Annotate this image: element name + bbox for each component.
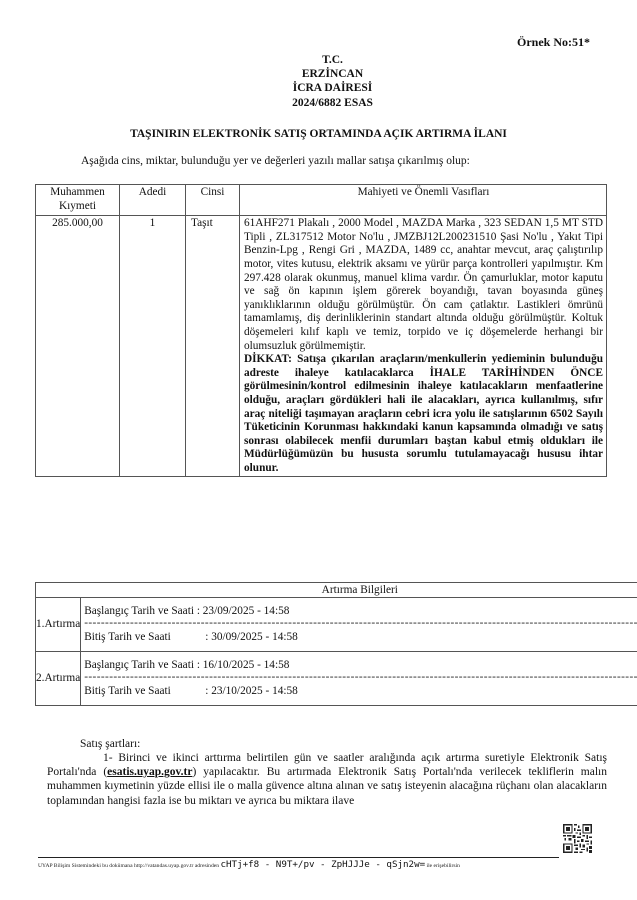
separator-line: ----------------------------------------… xyxy=(84,672,637,684)
terms-title: Satış şartları: xyxy=(80,738,140,752)
auction-info-title: Artırma Bilgileri xyxy=(36,583,637,598)
header-type: Cinsi xyxy=(186,185,240,216)
header-case-number: 2024/6882 ESAS xyxy=(28,96,637,110)
auction-round: 2.Artırma Başlangıç Tarih ve Saati : 16/… xyxy=(36,652,637,706)
auction-end: Bitiş Tarih ve Saati: 30/09/2025 - 14:58 xyxy=(84,630,637,644)
header-description: Mahiyeti ve Önemli Vasıfları xyxy=(240,185,607,216)
auction-round-label: 1.Artırma xyxy=(36,598,81,652)
items-table: Muhammen Kıymeti Adedi Cinsi Mahiyeti ve… xyxy=(35,184,607,477)
footer: UYAP Bilişim Sistemindeki bu dokümana ht… xyxy=(38,860,559,871)
header-city: ERZİNCAN xyxy=(28,67,637,81)
header-value: Muhammen Kıymeti xyxy=(36,185,120,216)
separator-line: ----------------------------------------… xyxy=(84,618,637,630)
auction-round-label: 2.Artırma xyxy=(36,652,81,706)
terms-paragraph: 1- Birinci ve ikinci arttırma belirtilen… xyxy=(47,751,607,808)
cell-value: 285.000,00 xyxy=(36,216,120,477)
auction-end: Bitiş Tarih ve Saati: 23/10/2025 - 14:58 xyxy=(84,684,637,698)
cell-type-text: Taşıt xyxy=(189,217,213,229)
esatis-link[interactable]: esatis.uyap.gov.tr xyxy=(107,766,192,778)
vehicle-description: 61AHF271 Plakalı , 2000 Model , MAZDA Ma… xyxy=(244,217,603,353)
footer-suffix: ile erişebilirsin xyxy=(427,863,460,869)
auction-round: 1.Artırma Başlangıç Tarih ve Saati : 23/… xyxy=(36,598,637,652)
qr-code-icon xyxy=(563,824,592,853)
auction-start: Başlangıç Tarih ve Saati : 23/09/2025 - … xyxy=(84,604,637,618)
header-country: T.C. xyxy=(28,53,637,67)
auction-end-date: : 23/10/2025 - 14:58 xyxy=(205,685,298,697)
cell-description: 61AHF271 Plakalı , 2000 Model , MAZDA Ma… xyxy=(240,216,607,477)
document-title: TAŞINIRIN ELEKTRONİK SATIŞ ORTAMINDA AÇI… xyxy=(0,128,637,142)
intro-text: Aşağıda cins, miktar, bulunduğu yer ve d… xyxy=(81,155,470,169)
warning-notice: DİKKAT: Satışa çıkarılan araçların/menku… xyxy=(244,353,603,475)
document-header: T.C. ERZİNCAN İCRA DAİRESİ 2024/6882 ESA… xyxy=(0,53,637,110)
cell-type: Taşıt xyxy=(186,216,240,477)
footer-divider xyxy=(38,857,559,858)
cell-quantity: 1 xyxy=(120,216,186,477)
auction-start: Başlangıç Tarih ve Saati : 16/10/2025 - … xyxy=(84,658,637,672)
header-office: İCRA DAİRESİ xyxy=(28,81,637,95)
auction-end-date: : 30/09/2025 - 14:58 xyxy=(205,631,298,643)
verification-code: cHTj+f8 - N9T+/pv - ZpHJJJe - qSjn2w= xyxy=(220,859,425,870)
footer-prefix: UYAP Bilişim Sistemindeki bu dokümana ht… xyxy=(38,863,219,869)
table-row: 285.000,00 1 Taşıt 61AHF271 Plakalı , 20… xyxy=(36,216,607,477)
auction-start-date: : 23/09/2025 - 14:58 xyxy=(197,605,290,617)
auction-info-table: Artırma Bilgileri 1.Artırma Başlangıç Ta… xyxy=(35,582,637,706)
header-quantity: Adedi xyxy=(120,185,186,216)
auction-start-date: : 16/10/2025 - 14:58 xyxy=(197,659,290,671)
form-number: Örnek No:51* xyxy=(517,36,590,50)
items-table-header: Muhammen Kıymeti Adedi Cinsi Mahiyeti ve… xyxy=(36,185,607,216)
